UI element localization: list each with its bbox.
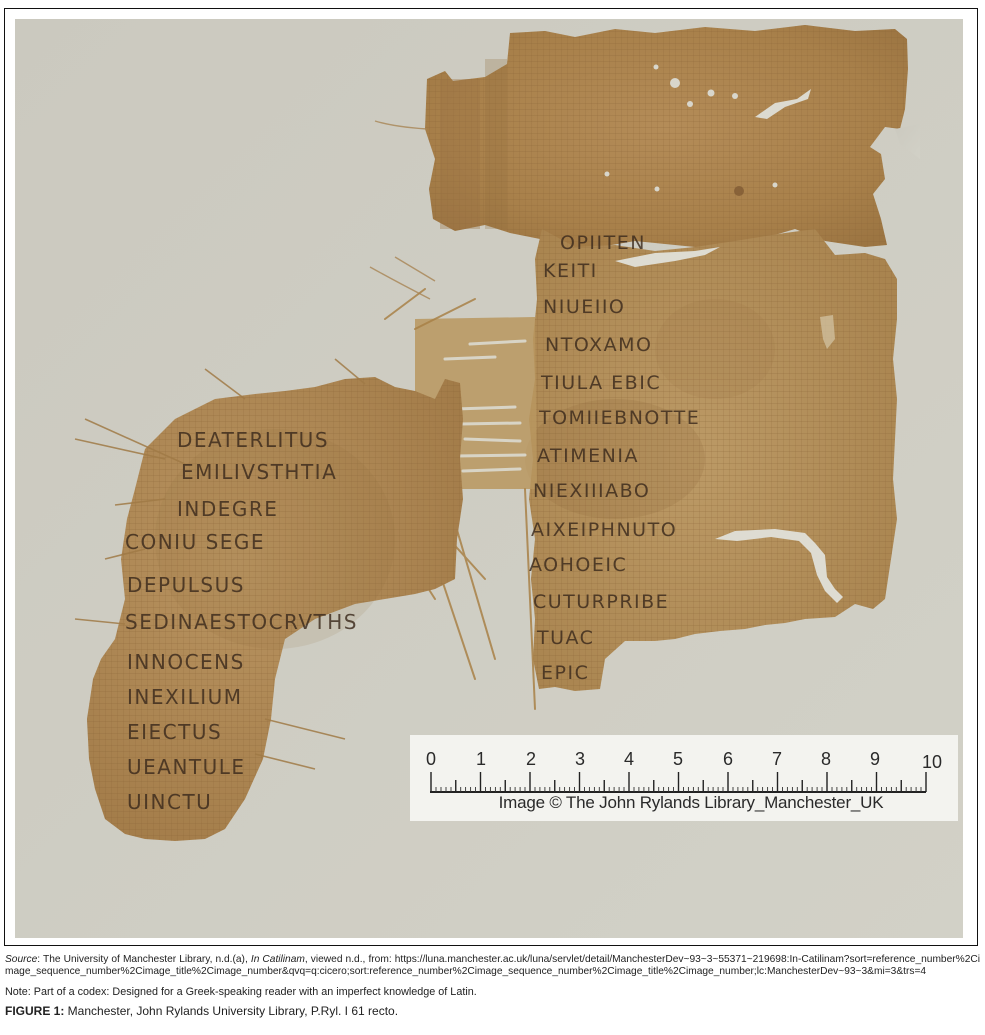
figure-note: Note: Part of a codex: Designed for a Gr… bbox=[5, 986, 980, 998]
scale-bar: 0 1 2 3 4 5 6 7 8 9 10 bbox=[410, 735, 958, 821]
tick-label: 4 bbox=[624, 749, 634, 769]
tick-label: 9 bbox=[870, 749, 880, 769]
handwriting-line: EMILIVSTHTIA bbox=[181, 460, 337, 484]
tick-label: 5 bbox=[673, 749, 683, 769]
figure-captions: Source: The University of Manchester Lib… bbox=[5, 954, 980, 1018]
handwriting-line: UEANTULE bbox=[127, 755, 246, 779]
figure-label: FIGURE 1: bbox=[5, 1004, 64, 1018]
papyrus-photo: DEATERLITUS EMILIVSTHTIA INDEGRE CONIU S… bbox=[15, 19, 963, 938]
tick-label: 6 bbox=[723, 749, 733, 769]
tick-label: 10 bbox=[922, 752, 942, 772]
handwriting-line: NIUEIIO bbox=[543, 296, 625, 318]
handwriting-line: UINCTU bbox=[127, 790, 212, 814]
tick-label: 2 bbox=[526, 749, 536, 769]
handwriting-line: DEATERLITUS bbox=[177, 428, 329, 452]
handwriting-line: EPIC bbox=[541, 662, 589, 684]
handwriting-line: CUTURPRIBE bbox=[533, 591, 669, 613]
source-citation: Source: The University of Manchester Lib… bbox=[5, 954, 980, 977]
papyrus-top-block bbox=[425, 25, 920, 253]
figure-caption-text: Manchester, John Rylands University Libr… bbox=[64, 1004, 398, 1018]
figure-caption: FIGURE 1: Manchester, John Rylands Unive… bbox=[5, 1004, 980, 1018]
handwriting-line: CONIU SEGE bbox=[125, 530, 265, 554]
handwriting-line: EIECTUS bbox=[127, 720, 222, 744]
handwriting-line: TUAC bbox=[536, 627, 594, 649]
tick-label: 1 bbox=[476, 749, 486, 769]
source-title: In Catilinam bbox=[251, 954, 305, 965]
handwriting-line: DEPULSUS bbox=[127, 573, 245, 597]
handwriting-line: NTOXAMO bbox=[545, 334, 652, 356]
handwriting-line: NIEXIIIABO bbox=[533, 480, 650, 502]
source-label: Source bbox=[5, 954, 37, 965]
handwriting-line: AOHOEIC bbox=[529, 554, 627, 576]
tick-label: 8 bbox=[821, 749, 831, 769]
handwriting-line: INDEGRE bbox=[177, 497, 278, 521]
handwriting-line: AIXEIPHNUTO bbox=[531, 519, 677, 541]
handwriting-line: TOMIIEBNOTTE bbox=[538, 407, 700, 429]
tick-label: 7 bbox=[772, 749, 782, 769]
handwriting-line: TIULA EBIC bbox=[540, 372, 661, 394]
tick-label: 0 bbox=[426, 749, 436, 769]
handwriting-line: INEXILIUM bbox=[127, 685, 243, 709]
image-credit: Image © The John Rylands Library_Manches… bbox=[410, 793, 958, 813]
handwriting-line: OPIITEN bbox=[560, 232, 646, 254]
handwriting-line: KEITI bbox=[543, 260, 598, 282]
tick-label: 3 bbox=[575, 749, 585, 769]
handwriting-line: SEDINAESTOCRVTHS bbox=[125, 610, 358, 634]
handwriting-line: INNOCENS bbox=[127, 650, 245, 674]
handwriting-line: ATIMENIA bbox=[537, 445, 639, 467]
source-text-1: : The University of Manchester Library, … bbox=[37, 954, 251, 965]
